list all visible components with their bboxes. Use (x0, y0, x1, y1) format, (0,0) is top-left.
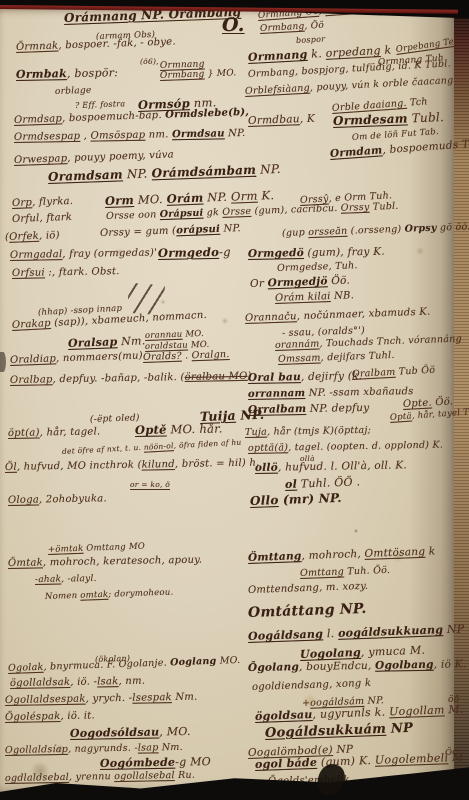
handwritten-text-segment: (ö6), (140, 57, 159, 66)
handwritten-text-segment: M. (444, 703, 463, 717)
handwritten-line: Oralds? . Oralgn. (143, 350, 230, 363)
handwritten-text-segment: Oral bau (248, 371, 301, 384)
handwritten-line: orannau MO. (145, 330, 204, 341)
handwritten-text-segment: Ormdesam (333, 111, 408, 128)
handwritten-text-segment: , flyrka. (32, 196, 73, 208)
handwritten-text-segment: Öö. (327, 275, 350, 288)
handwritten-text-segment: Nm. (172, 692, 198, 703)
handwritten-text-segment: Ormnang (248, 48, 308, 64)
handwritten-line: Oramdsam NP. Orámdsámbam NP. (48, 163, 281, 183)
handwritten-text-segment: orpedang (325, 44, 381, 60)
handwritten-line: Ormgedo-g (158, 247, 231, 260)
handwritten-text-segment: Ormbang (160, 69, 205, 81)
handwritten-text-segment: lsespak (132, 692, 172, 704)
handwritten-text-segment: , iö. it. (60, 710, 95, 722)
handwritten-text-segment: Oogáldsang (248, 627, 324, 643)
handwritten-text-segment: Orfsui (12, 267, 45, 279)
handwritten-line: Oralbap, depfuy. -bañap, -balik. (öralba… (10, 372, 252, 386)
handwritten-text-segment: MO. (216, 655, 240, 667)
handwritten-text-segment: Ormbak (16, 67, 67, 81)
handwritten-line: Ormgedse, Tuh. (277, 261, 358, 273)
handwritten-text-segment: Uogolang (300, 646, 361, 661)
manuscript-page: Orámnang NP. OrámbangO.Ormnáng Öö, Ormda… (0, 9, 454, 795)
handwritten-text-segment: orblage (55, 86, 92, 97)
handwritten-line: Orpebang Te (395, 38, 454, 55)
handwritten-text-segment: Ömtak (8, 557, 43, 569)
handwritten-text-segment: Ooglang (170, 656, 217, 669)
handwritten-text-segment: nm. (145, 129, 172, 140)
handwritten-line: Ormdesam Tubl. (333, 111, 444, 127)
handwritten-text-segment: (gum), cacribcu. (251, 203, 341, 217)
handwritten-text-segment: NP. -ssam xbañauds (305, 386, 414, 399)
handwritten-text-segment: Orful, ftark (12, 212, 73, 225)
handwritten-text-segment: , yrych. - (86, 693, 133, 705)
handwritten-text-segment: k. (307, 47, 326, 61)
handwritten-line: Orralbam NP. depfuy (248, 403, 370, 416)
handwritten-line: (-ëpt oled) (90, 414, 140, 425)
handwritten-text-segment: Ormgedjö (267, 275, 327, 289)
handwritten-text-segment: NP. (123, 166, 152, 181)
handwritten-line: Örmnak, bospoer. -fak, - obye. (16, 37, 176, 53)
handwritten-line: Orblefsiàang, pouyy, vún k orble čaacang (245, 76, 454, 96)
handwritten-text-segment: , öfra fiden af hu (173, 438, 241, 451)
handwritten-text-segment: Oraldiap (10, 353, 56, 366)
handwritten-text-segment: öralbau MO (185, 371, 248, 383)
handwritten-text-segment: -ahak (35, 575, 61, 585)
handwritten-text-segment: Oralbam (352, 367, 396, 380)
handwritten-text-segment: Ormdsap (14, 113, 62, 126)
handwritten-text-segment: , iö. - (70, 676, 97, 687)
handwritten-line: ogdlaldsebal, yrennu ogollalsebal Ru. (5, 771, 195, 784)
handwritten-text-segment: , hår, tagel. (40, 426, 101, 438)
handwritten-line: Orm MO. Orám NP. Orm K. (105, 190, 275, 207)
handwritten-text-segment: NP. (256, 162, 281, 177)
handwritten-text-segment: Omttang (300, 566, 344, 579)
handwritten-line: Oralsap Nm. (68, 335, 146, 349)
handwritten-text-segment: ollö (255, 462, 278, 474)
handwritten-text-segment: ögollaldsak (10, 677, 70, 689)
handwritten-line: -ahak, -alayl. (35, 575, 97, 585)
handwritten-text-segment: (gup (282, 227, 309, 239)
handwritten-text-segment: ogol báde (255, 756, 318, 771)
handwritten-line: ögoldsau, ugyrunls k. Uogollam M. (255, 704, 464, 722)
handwritten-text-segment: , nagyrunds. - (68, 743, 138, 755)
handwritten-text-segment: omtak (80, 590, 108, 601)
handwritten-text-segment: det öfre af nxt, t. u. (62, 443, 144, 456)
handwritten-line: Ogolak, bnyrmuca. F. Ogolanje. Ooglang M… (8, 656, 241, 674)
handwritten-line: Oralbam Tub Öö (352, 366, 436, 380)
handwritten-text-segment: ogdlaldsebal (5, 772, 69, 784)
handwritten-text-segment: } MO. (204, 68, 236, 79)
handwritten-text-segment: NP. (225, 128, 246, 139)
handwritten-text-segment: Öö. (432, 396, 454, 408)
handwritten-text-segment: Ogollaldsíap (5, 744, 68, 756)
handwritten-text-segment: O. (222, 14, 245, 36)
handwritten-text-segment: orannau (145, 330, 183, 341)
handwritten-line: (Orfek, iö) (5, 231, 60, 243)
handwritten-line: Ogollaldsespak, yrych. -lsespak Nm. (5, 693, 198, 706)
handwritten-line: ögollaldsak, iö. -lsak, nm. (10, 677, 145, 689)
handwritten-text-segment: , hufvud, MO incthrok ( (17, 460, 142, 473)
handwritten-line: Oogáldsukkuám NP (265, 722, 414, 740)
handwritten-line: Ologa, 2ohobyuka. (8, 494, 107, 506)
handwritten-text-segment: , nočúnmaer, xbamuds K. (297, 307, 431, 323)
handwritten-text-segment: Oralgn. (191, 349, 229, 361)
handwritten-text-segment: , K (300, 113, 316, 126)
handwritten-text-segment: gö öö. (437, 221, 469, 233)
handwritten-text-segment: Orápsui (160, 208, 204, 221)
handwritten-text-segment: Orám kilai (275, 291, 331, 304)
handwritten-line: det öfre af nxt, t. u. nöön-ol, öfra fid… (62, 439, 242, 456)
handwritten-text-segment: kilund (142, 459, 175, 471)
handwritten-text-segment: ÖÖ (445, 748, 459, 758)
handwritten-text-segment: Ormgadal (10, 249, 63, 261)
handwritten-text-segment: (.orsseng) (347, 224, 405, 237)
handwritten-text-segment: , dejifars Tuhl. (321, 350, 395, 364)
handwritten-line: Oogáldsang l. oogáldsukkuang NP (öö (248, 623, 469, 642)
handwritten-text-segment: , bospör: (67, 66, 118, 80)
handwritten-text-segment: Ögoléspak (5, 711, 61, 723)
handwritten-text-segment: Ormdsau (172, 128, 225, 140)
handwritten-text-segment: Omttösang (364, 546, 425, 560)
handwritten-text-segment: Orámdsámbam (151, 163, 256, 181)
handwritten-line: O. (222, 16, 245, 35)
handwritten-text-segment: , nommaers(mu) (56, 350, 143, 364)
handwritten-text-segment: Omssam (278, 353, 321, 365)
handwritten-text-segment: k (380, 43, 391, 57)
handwritten-line: ol Tuhl. ÖÖ . (285, 476, 361, 490)
handwritten-text-segment: nöön-ol (144, 441, 174, 452)
handwritten-line: (ö6), (140, 58, 159, 66)
handwritten-text-segment: Omttang MO (83, 542, 145, 554)
handwritten-text-segment: orrannam (248, 388, 305, 400)
handwritten-text-segment: Orannaču (245, 311, 297, 324)
handwritten-line: Omtáttang NP. (248, 602, 367, 620)
handwritten-text-segment: Orsse (222, 206, 251, 218)
handwritten-text-segment: öpt(a) (8, 427, 40, 439)
handwritten-text-segment: Orakap (12, 318, 51, 331)
handwritten-text-segment: , iö) (39, 230, 60, 242)
handwritten-text-segment: orápsui (176, 224, 220, 237)
handwritten-text-segment: , nm. (118, 676, 145, 687)
handwritten-text-segment: NP. (203, 190, 231, 205)
handwritten-line: öpt(a), hår, tagel. (8, 427, 101, 439)
handwritten-text-segment: , mohroch, (301, 548, 365, 562)
handwritten-line: Ömttang, mohroch, Omttösang k (248, 546, 436, 563)
handwritten-line: opttä(ä), tagel. (oopten. d. opplond) K. (248, 441, 443, 454)
handwritten-text-segment: , ymuca M. (361, 644, 426, 659)
handwritten-text-segment: Oramdsam (48, 167, 123, 184)
handwritten-line: Ormnang k. orpedang k (248, 44, 392, 63)
handwritten-text-segment: , MO. (159, 725, 191, 739)
handwritten-line: Öl, hufvud, MO incthrok (kilund, bröst. … (5, 459, 260, 473)
handwritten-text-segment: Örmnak (16, 41, 59, 53)
handwritten-text-segment: Oralbap (10, 374, 53, 386)
handwritten-line: (gup orsseăn (.orsseng) Orpsy gö öö. (282, 222, 469, 238)
handwritten-text-segment: (mr) NP. (278, 491, 342, 507)
handwritten-line: Uogolang, ymuca M. (300, 645, 425, 660)
handwritten-text-segment: orsseăn (308, 226, 348, 238)
handwritten-text-segment: Orfek (9, 231, 39, 243)
handwritten-text-segment: NP (öö (443, 622, 469, 637)
handwritten-text-segment: -g (219, 245, 231, 259)
handwritten-text-segment: +ömtak (48, 544, 84, 555)
handwritten-text-segment: , pouyy, vún k orble čaacang (310, 75, 454, 94)
manuscript-photo: { "colors":{ "background":"#0b0a08","pap… (0, 0, 469, 800)
handwritten-text-segment: Tch (406, 96, 428, 108)
handwritten-line: Ögoléspak, iö. it. (5, 711, 95, 723)
handwritten-text-segment: Optä (390, 411, 413, 423)
handwritten-line: Oogodsóldsau, MO. (70, 726, 191, 739)
handwritten-text-segment: , 2ohobyuka. (39, 493, 107, 505)
handwritten-text-segment: , ugyrunls k. (312, 705, 389, 721)
handwritten-line: ogoldiendsang, xong k (252, 679, 372, 693)
handwritten-text-segment: , (80, 131, 90, 142)
handwritten-line: Ormbang } MO. (160, 69, 237, 81)
handwritten-text-segment: lsak (97, 676, 119, 687)
handwritten-line: Omttang Tuh. Öö. (300, 566, 391, 579)
handwritten-text-segment: :, ftark. Obst. (45, 266, 120, 278)
handwritten-text-segment: K. (257, 188, 274, 203)
handwritten-text-segment: Oogómbede (100, 756, 175, 770)
handwritten-text-segment: Orpebang Te (395, 37, 454, 55)
handwritten-line: or = ko, ö (130, 481, 170, 489)
handwritten-text-segment: Ormdslebe(b), (165, 107, 249, 121)
handwritten-text-segment: Ormdbau (248, 113, 300, 127)
handwritten-text-segment: Tub Öö (395, 365, 435, 378)
handwritten-text-segment: Oogodsóldsau (70, 725, 160, 740)
handwritten-text-segment: Ormbang (260, 22, 305, 34)
handwritten-line: Ormdsespap , Omsöspap nm. Ormdsau NP. (14, 129, 246, 143)
handwritten-text-segment: Orsse oon (106, 209, 160, 222)
handwritten-line: orrannam NP. -ssam xbañauds (248, 387, 414, 400)
handwritten-text-segment: ögoldsau (255, 708, 313, 723)
handwritten-text-segment: Orblefsiàang (245, 83, 311, 97)
handwritten-line: bospor (296, 35, 326, 45)
handwritten-text-segment: Oogáldsukkuám (265, 722, 387, 741)
handwritten-text-segment: Orpsy (404, 223, 436, 235)
handwritten-text-segment: Oralds? (143, 351, 182, 363)
handwritten-text-segment: , -alayl. (61, 574, 97, 585)
handwritten-text-segment: Orssy (341, 202, 370, 214)
handwritten-line: Orám kilai NB. (275, 291, 354, 304)
handwritten-text-segment: , tagel. (oopten. d. opplond) K. (288, 440, 443, 454)
handwritten-text-segment: Nm. (117, 334, 145, 348)
handwritten-text-segment: MO. hår. (167, 421, 223, 436)
handwritten-text-segment: , mohroch, keratesoch, apouy. (43, 555, 202, 569)
handwritten-text-segment: lsap (138, 742, 159, 753)
handwritten-line: Orfsui :, ftark. Obst. (12, 267, 120, 279)
handwritten-text-segment: Ormdam (330, 144, 383, 160)
handwritten-text-segment: Ormdsespap (14, 131, 80, 143)
handwritten-text-segment: Ormgedse, Tuh. (277, 260, 358, 274)
handwritten-text-segment: Ömttang (248, 550, 302, 564)
handwritten-text-segment: MO. (134, 192, 167, 207)
handwritten-line: ollö, hufvud. l. Oll'à, oll. K. (255, 460, 407, 473)
handwritten-line: Nomen omtak; dorymoheou. (45, 589, 174, 602)
handwritten-line: Ormbang, Öö (260, 22, 325, 34)
handwritten-text-segment: Uogollam (389, 703, 445, 718)
handwritten-line: Ormgadal, fray (ormgedas)' (10, 248, 157, 261)
book-page-edge-stack (452, 0, 469, 800)
handwritten-text-segment: (gum), fray K. (304, 246, 385, 259)
handwritten-text-segment: Orm (231, 189, 258, 204)
handwritten-line: Ormdsap, bospoemuch-bap. Ormdslebe(b), (14, 108, 249, 126)
handwritten-line: Ömtak, mohroch, keratesoch, apouy. (8, 556, 202, 569)
handwritten-text-segment: Orp (12, 197, 33, 209)
handwritten-line: orblage (55, 87, 92, 97)
handwritten-text-segment: ; dorymoheou. (108, 588, 174, 600)
handwritten-line: Oraldiap, nommaers(mu) (10, 351, 143, 366)
handwritten-text-segment: MO. (182, 329, 204, 340)
handwritten-text-segment: , hår (tmjs K)(öpttaj; (267, 425, 371, 438)
handwritten-text-segment: , Öö (304, 21, 324, 32)
handwritten-text-segment: Orwespap (14, 153, 68, 166)
handwritten-text-segment: , pouyy poemy, vúva (67, 149, 174, 164)
handwritten-text-segment: Tuh. Öö. (344, 565, 391, 578)
handwritten-text-segment: NP. (236, 407, 265, 423)
handwritten-text-segment: orannám (275, 338, 320, 351)
handwritten-line: +ömtak Omttang MO (48, 543, 145, 555)
handwritten-text-segment: (-ëpt oled) (90, 413, 140, 425)
handwritten-text-segment: Nm. (158, 742, 183, 753)
handwritten-text-segment: Ru. (175, 770, 196, 781)
handwritten-text-segment: Or (250, 277, 268, 290)
handwritten-text-segment: Nomen (45, 591, 81, 602)
handwritten-text-segment: k (425, 545, 436, 557)
handwritten-text-segment: Tubl. (369, 201, 398, 213)
handwritten-text-segment: . (182, 350, 192, 361)
handwritten-text-segment: NP. (220, 223, 241, 235)
handwritten-line: Ormbak, bospör: (16, 67, 118, 80)
handwritten-text-segment: , bospoemuch-bap. (62, 110, 166, 125)
handwritten-text-segment: , yrennu (69, 771, 114, 783)
handwritten-line: Orannaču, nočúnmaer, xbamuds K. (245, 308, 431, 324)
handwritten-line: Omttendsang, m. xozy. (248, 582, 369, 596)
handwritten-line: Oral bau, dejirfy (k. (248, 371, 363, 383)
handwritten-text-segment: Ogollaldsespak (5, 694, 86, 706)
handwritten-text-segment: ol (285, 478, 297, 491)
ink-hatch-marks (127, 283, 165, 315)
handwritten-text-segment: Omttendsang, m. xozy. (248, 581, 369, 596)
handwritten-line: Oogómbede-g MO (100, 756, 211, 769)
edge-smudge (0, 352, 6, 372)
handwritten-text-segment: oogáldsukkuang (338, 623, 444, 640)
handwritten-text-segment: , bnyrmuca. F. Ogolanje. (43, 657, 170, 672)
handwritten-text-segment: Opte. (403, 397, 433, 410)
handwritten-line: Ormgedö (gum), fray K. (248, 247, 385, 260)
handwritten-text-segment: Ollo (250, 493, 279, 508)
handwritten-text-segment: Ologa (8, 494, 39, 506)
handwritten-line: Orwespap, pouyy poemy, vúva (14, 150, 174, 166)
handwritten-text-segment: Uogolembeli (375, 751, 449, 767)
handwritten-text-segment: Ormgedö (248, 247, 304, 260)
handwritten-text-segment: -g MO (175, 755, 211, 769)
handwritten-line: Ormdbau, K (248, 114, 315, 127)
handwritten-text-segment: Ormgedo (158, 245, 219, 260)
handwritten-line: Orp, flyrka. (12, 197, 74, 209)
handwritten-text-segment: Orm (105, 193, 134, 208)
handwritten-line: Ormdam, bospoemuds Tm (330, 139, 469, 160)
handwritten-line: Orful, ftark (12, 213, 73, 225)
handwritten-text-segment: Öl (5, 462, 17, 473)
handwritten-text-segment: Tubl. (407, 110, 444, 125)
handwritten-text-segment: , fray (ormgedas)' (62, 247, 157, 260)
handwritten-text-segment: l. (323, 627, 338, 641)
handwritten-text-segment: Tuja (245, 427, 267, 438)
handwritten-line: Ōgolang, bouyEndcu, Ogolbang, iö K. (248, 659, 467, 673)
handwritten-text-segment: bospor (296, 34, 326, 45)
handwritten-text-segment: , iö K. (434, 658, 467, 671)
handwritten-text-segment: Orám (166, 191, 203, 206)
handwritten-line: Optě MO. hår. (135, 423, 223, 436)
handwritten-text-segment: ogoldiendsang, xong k (252, 678, 372, 693)
handwritten-line: ? Eff. fostra (75, 100, 126, 110)
handwritten-text-segment: opttä(ä) (248, 442, 288, 454)
handwritten-text-segment: Omtáttang NP. (248, 601, 367, 621)
handwritten-text-segment: , bospoer. -fak, - obye. (58, 36, 176, 51)
handwritten-text-segment: NP (386, 721, 413, 737)
handwritten-text-segment: Tuhl. ÖÖ . (297, 475, 361, 490)
handwritten-text-segment: Ōgolang (248, 661, 299, 674)
handwritten-line: Ogollaldsíap, nagyrunds. -lsap Nm. (5, 743, 183, 756)
handwritten-text-segment: , hufvud. l. Oll'à, oll. K. (278, 459, 407, 473)
handwritten-line: Tuja, hår (tmjs K)(öpttaj; (245, 426, 371, 438)
handwritten-text-segment: Orssy = gum ( (100, 225, 177, 239)
handwritten-text-segment: Oralsap (68, 335, 118, 350)
handwritten-text-segment: , bouyEndcu, (299, 660, 375, 673)
handwritten-line: Or Ormgedjö Öö. (250, 276, 350, 290)
handwritten-text-segment: ogollalsebal (114, 770, 175, 782)
handwritten-text-segment: Ogolak (8, 662, 44, 674)
handwritten-text-segment: NB. (330, 290, 354, 302)
handwritten-text-segment: gk (203, 207, 222, 219)
handwritten-line: ÖÖ (445, 749, 459, 758)
handwritten-text-segment: NP. depfuy (306, 402, 369, 415)
handwritten-text-segment: or = ko, ö (130, 480, 170, 489)
handwritten-text-segment: Ogolbang (375, 659, 434, 672)
handwritten-line: Orssy = gum (orápsui NP. (100, 224, 241, 239)
handwritten-line: Omssam, dejifars Tuhl. (278, 351, 395, 365)
handwritten-text-segment: Omsöspap (90, 130, 145, 142)
handwritten-text-segment: ? Eff. fostra (75, 99, 126, 110)
handwritten-text-segment: Optě (135, 422, 167, 437)
handwritten-text-segment: , depfuy. -bañap, -balik. ( (53, 372, 185, 385)
handwritten-text-segment: , bröst. = hil) h. (175, 458, 260, 470)
handwritten-line: Ollo (mr) NP. (250, 492, 342, 507)
